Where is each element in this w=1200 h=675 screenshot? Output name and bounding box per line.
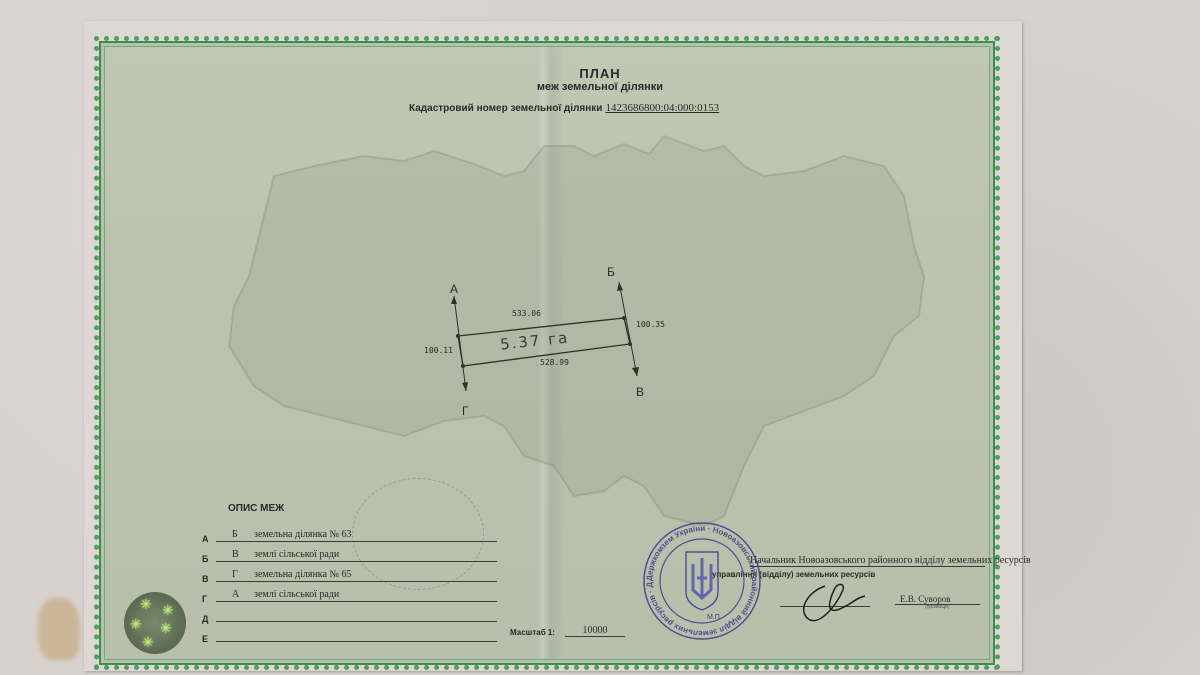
boundary-from: В — [202, 574, 209, 584]
trident-hologram-icon: ✳ — [160, 620, 172, 637]
arrowhead-b-up — [617, 282, 623, 291]
boundary-line — [216, 621, 497, 622]
stamp-mp: М.П. — [707, 614, 722, 621]
boundary-from: Г — [202, 594, 207, 604]
corner-a-label: А — [450, 282, 458, 296]
boundary-row: В Г земельна ділянка № 65 — [202, 566, 497, 582]
boundary-line — [216, 541, 497, 542]
official-stamp: Держкомзем України · Новоазовський район… — [641, 520, 763, 642]
arrowhead-a-up — [451, 296, 457, 304]
boundary-from: Е — [202, 634, 208, 644]
corner-v-label: В — [636, 385, 644, 399]
cadastral-row: Кадастровий номер земельної ділянки14236… — [409, 102, 719, 114]
boundary-line — [216, 561, 497, 562]
arrow-a — [454, 296, 466, 391]
corner-b-label: Б — [607, 265, 615, 279]
boundary-line — [216, 641, 497, 642]
trident-hologram-icon: ✳ — [142, 634, 154, 651]
boundary-row: Б В землі сільської ради — [202, 546, 497, 562]
trident-hologram-icon: ✳ — [140, 596, 152, 613]
trident-hologram-icon: ✳ — [130, 616, 142, 633]
boundary-to: А — [232, 589, 239, 600]
corner-g-label: Г — [462, 404, 469, 418]
boundary-line — [216, 581, 497, 582]
arrow-b — [619, 282, 637, 376]
boundary-from: Б — [202, 554, 208, 564]
boundary-to: Г — [232, 569, 238, 580]
boundary-description: землі сільської ради — [254, 549, 339, 560]
boundary-to: В — [232, 549, 239, 560]
signature — [795, 578, 875, 628]
boundary-row: Е — [202, 626, 497, 642]
boundary-from: А — [202, 534, 209, 544]
official-title-line1: Начальник Новоазовського районного відді… — [750, 555, 985, 567]
side-left-length: 100.11 — [424, 346, 453, 355]
side-bottom-length: 528.99 — [540, 358, 569, 367]
hologram-seal: ✳ ✳ ✳ ✳ ✳ — [124, 592, 186, 654]
cadastral-number: 1423686800:04:000:0153 — [605, 102, 719, 114]
boundary-line — [216, 601, 497, 602]
boundary-description: земельна ділянка № 63 — [254, 529, 352, 540]
official-name-caption: (прізвище) — [925, 604, 950, 610]
paper-stain — [38, 598, 80, 660]
boundaries-title: ОПИС МЕЖ — [228, 503, 284, 514]
boundary-from: Д — [202, 614, 208, 624]
document-subtitle: меж земельної ділянки — [0, 81, 1200, 93]
boundary-row: Г А землі сільської ради — [202, 586, 497, 602]
cadastral-label: Кадастровий номер земельної ділянки — [409, 103, 602, 114]
boundary-to: Б — [232, 529, 238, 540]
scale-label: Масштаб 1: — [510, 628, 555, 637]
boundary-row: А Б земельна ділянка № 63 — [202, 526, 497, 542]
side-top-length: 533.06 — [512, 309, 541, 318]
boundary-description: земельна ділянка № 65 — [254, 569, 352, 580]
arrowhead-g-down — [462, 382, 468, 391]
arrowhead-v-down — [632, 367, 639, 376]
trident-hologram-icon: ✳ — [162, 602, 174, 619]
boundary-row: Д — [202, 606, 497, 622]
side-right-length: 100.35 — [636, 320, 665, 329]
document-title: ПЛАН — [0, 66, 1200, 81]
boundary-description: землі сільської ради — [254, 589, 339, 600]
scale-value: 10000 — [565, 625, 625, 637]
official-name: Е.В. Суворов — [900, 594, 950, 604]
